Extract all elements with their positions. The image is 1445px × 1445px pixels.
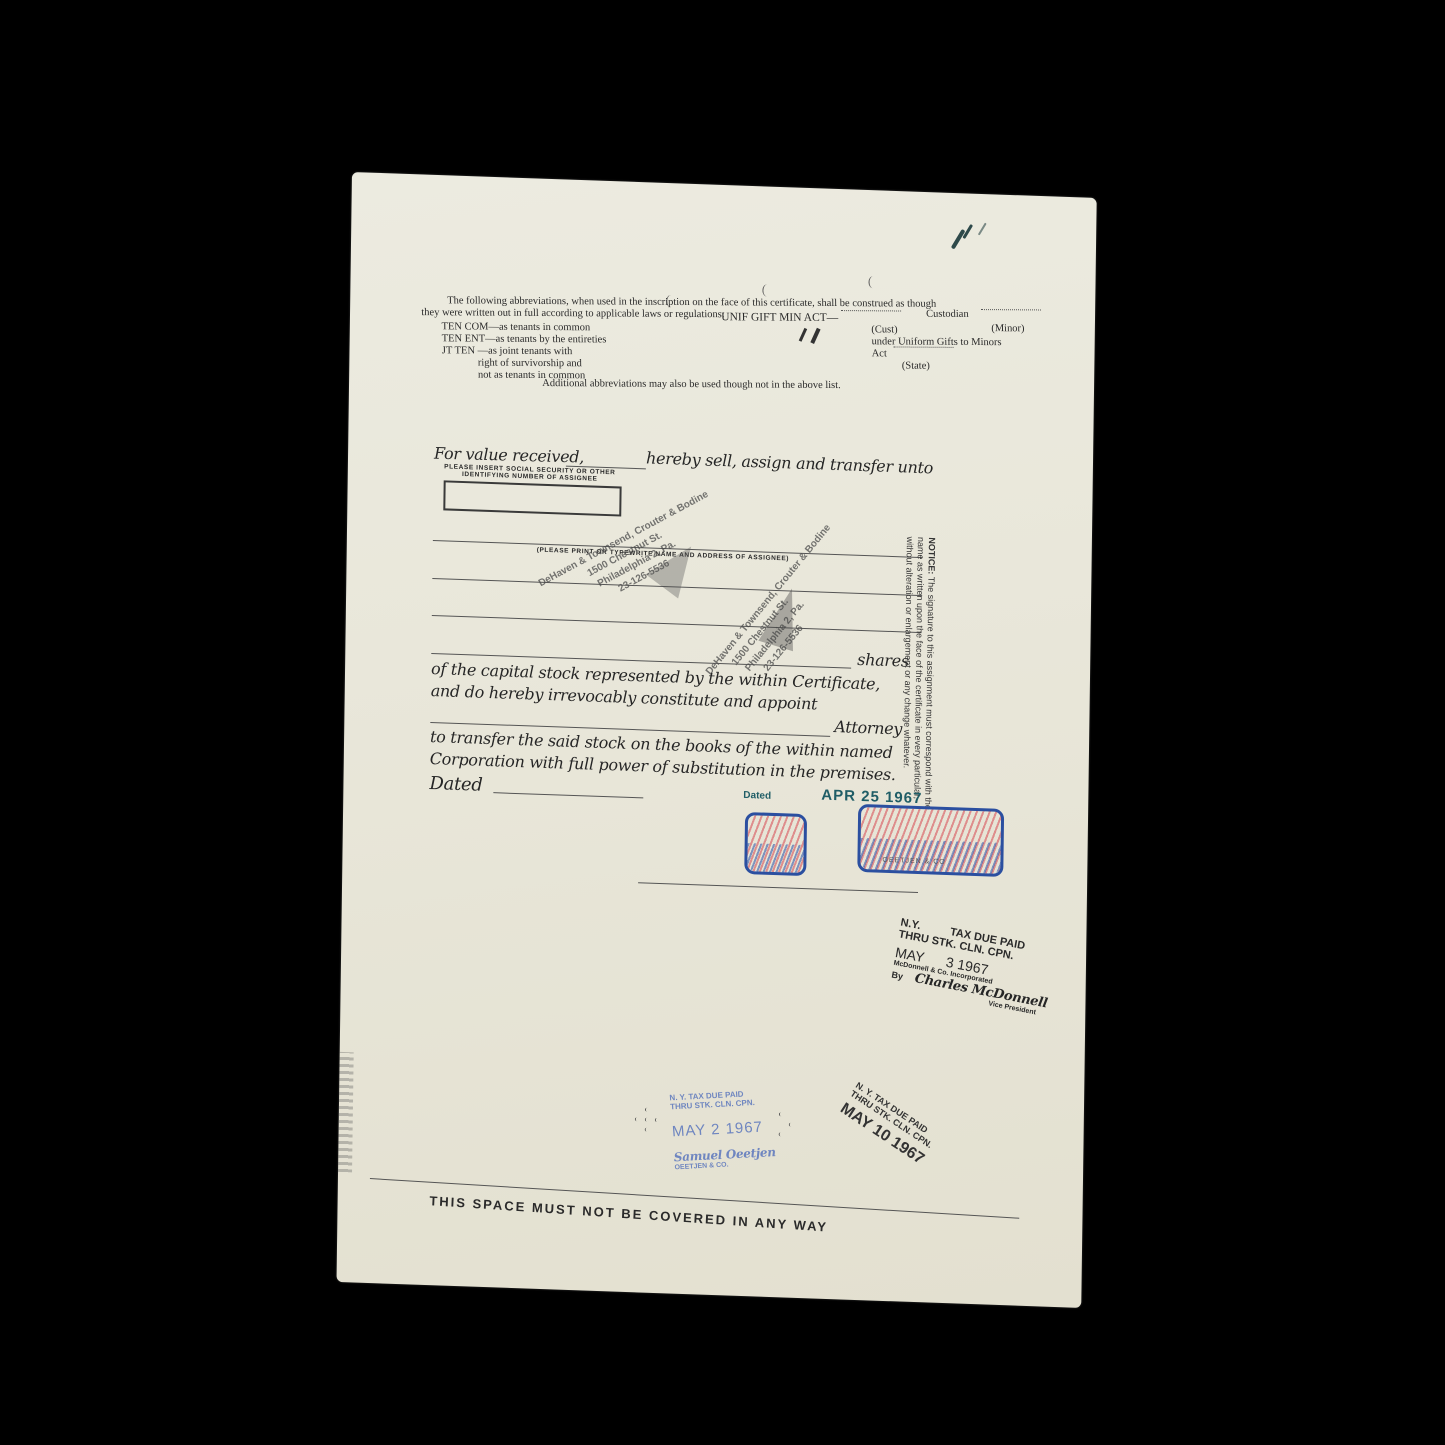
perforation-mark — [779, 1132, 784, 1136]
ink-mark — [799, 328, 807, 342]
ssn-input[interactable] — [443, 480, 621, 516]
perforation-mark — [762, 284, 771, 296]
perforation-mark — [789, 1123, 794, 1127]
cust-label: (Cust) — [871, 324, 897, 336]
perforation-mark — [868, 276, 877, 288]
ink-mark — [810, 328, 820, 344]
tax-stamp-1: N.Y.TAX DUE PAID THRU STK. CLN. CPN. MAY… — [889, 916, 1069, 1020]
dated-line[interactable] — [493, 792, 643, 798]
dated-stamp-label: Dated — [743, 790, 771, 802]
attorney-label: Attorney — [834, 717, 902, 738]
signature-stamp-right — [857, 804, 1004, 877]
abbreviations-block: The following abbreviations, when used i… — [421, 295, 1042, 393]
custodian-label: Custodian — [926, 309, 969, 321]
tax-stamp-2: N. Y. TAX DUE PAID THRU STK. CLN. CPN. M… — [669, 1088, 776, 1171]
minor-label: (Minor) — [991, 323, 1024, 335]
ink-mark — [951, 229, 966, 250]
perforation-mark — [635, 1117, 640, 1121]
perforation-mark — [779, 1112, 784, 1116]
tax-stamp-3: N. Y. TAX DUE PAID THRU STK. CLN. CPN. M… — [837, 1080, 940, 1169]
ink-mark — [978, 223, 987, 236]
assignee-address-line-2[interactable] — [432, 615, 922, 633]
state-label: (State) — [902, 361, 930, 373]
hereby-sell-text: hereby sell, assign and transfer unto — [646, 448, 933, 477]
edge-wear — [338, 1052, 354, 1172]
signature-stamp-left — [744, 812, 807, 876]
certificate-back-page: The following abbreviations, when used i… — [337, 172, 1097, 1308]
abbr-jt-ten: JT TEN —as joint tenants with right of s… — [442, 345, 612, 382]
perforation-mark — [655, 1118, 660, 1122]
abbr-ten-com: TEN COM—as tenants in common — [441, 321, 590, 334]
signature-line[interactable] — [638, 882, 918, 893]
perforation-mark — [645, 1118, 650, 1122]
notice-text: NOTICE: The signature to this assignment… — [900, 536, 937, 827]
act-label: Act — [872, 348, 887, 360]
bottom-notice: THIS SPACE MUST NOT BE COVERED IN ANY WA… — [429, 1193, 828, 1234]
perforation-mark — [645, 1108, 650, 1112]
abbr-ten-ent: TEN ENT—as tenants by the entireties — [442, 333, 607, 346]
unif-gift-label: UNIF GIFT MIN ACT— — [721, 311, 838, 324]
dated-label: Dated — [429, 773, 482, 796]
perforation-mark — [645, 1128, 650, 1132]
